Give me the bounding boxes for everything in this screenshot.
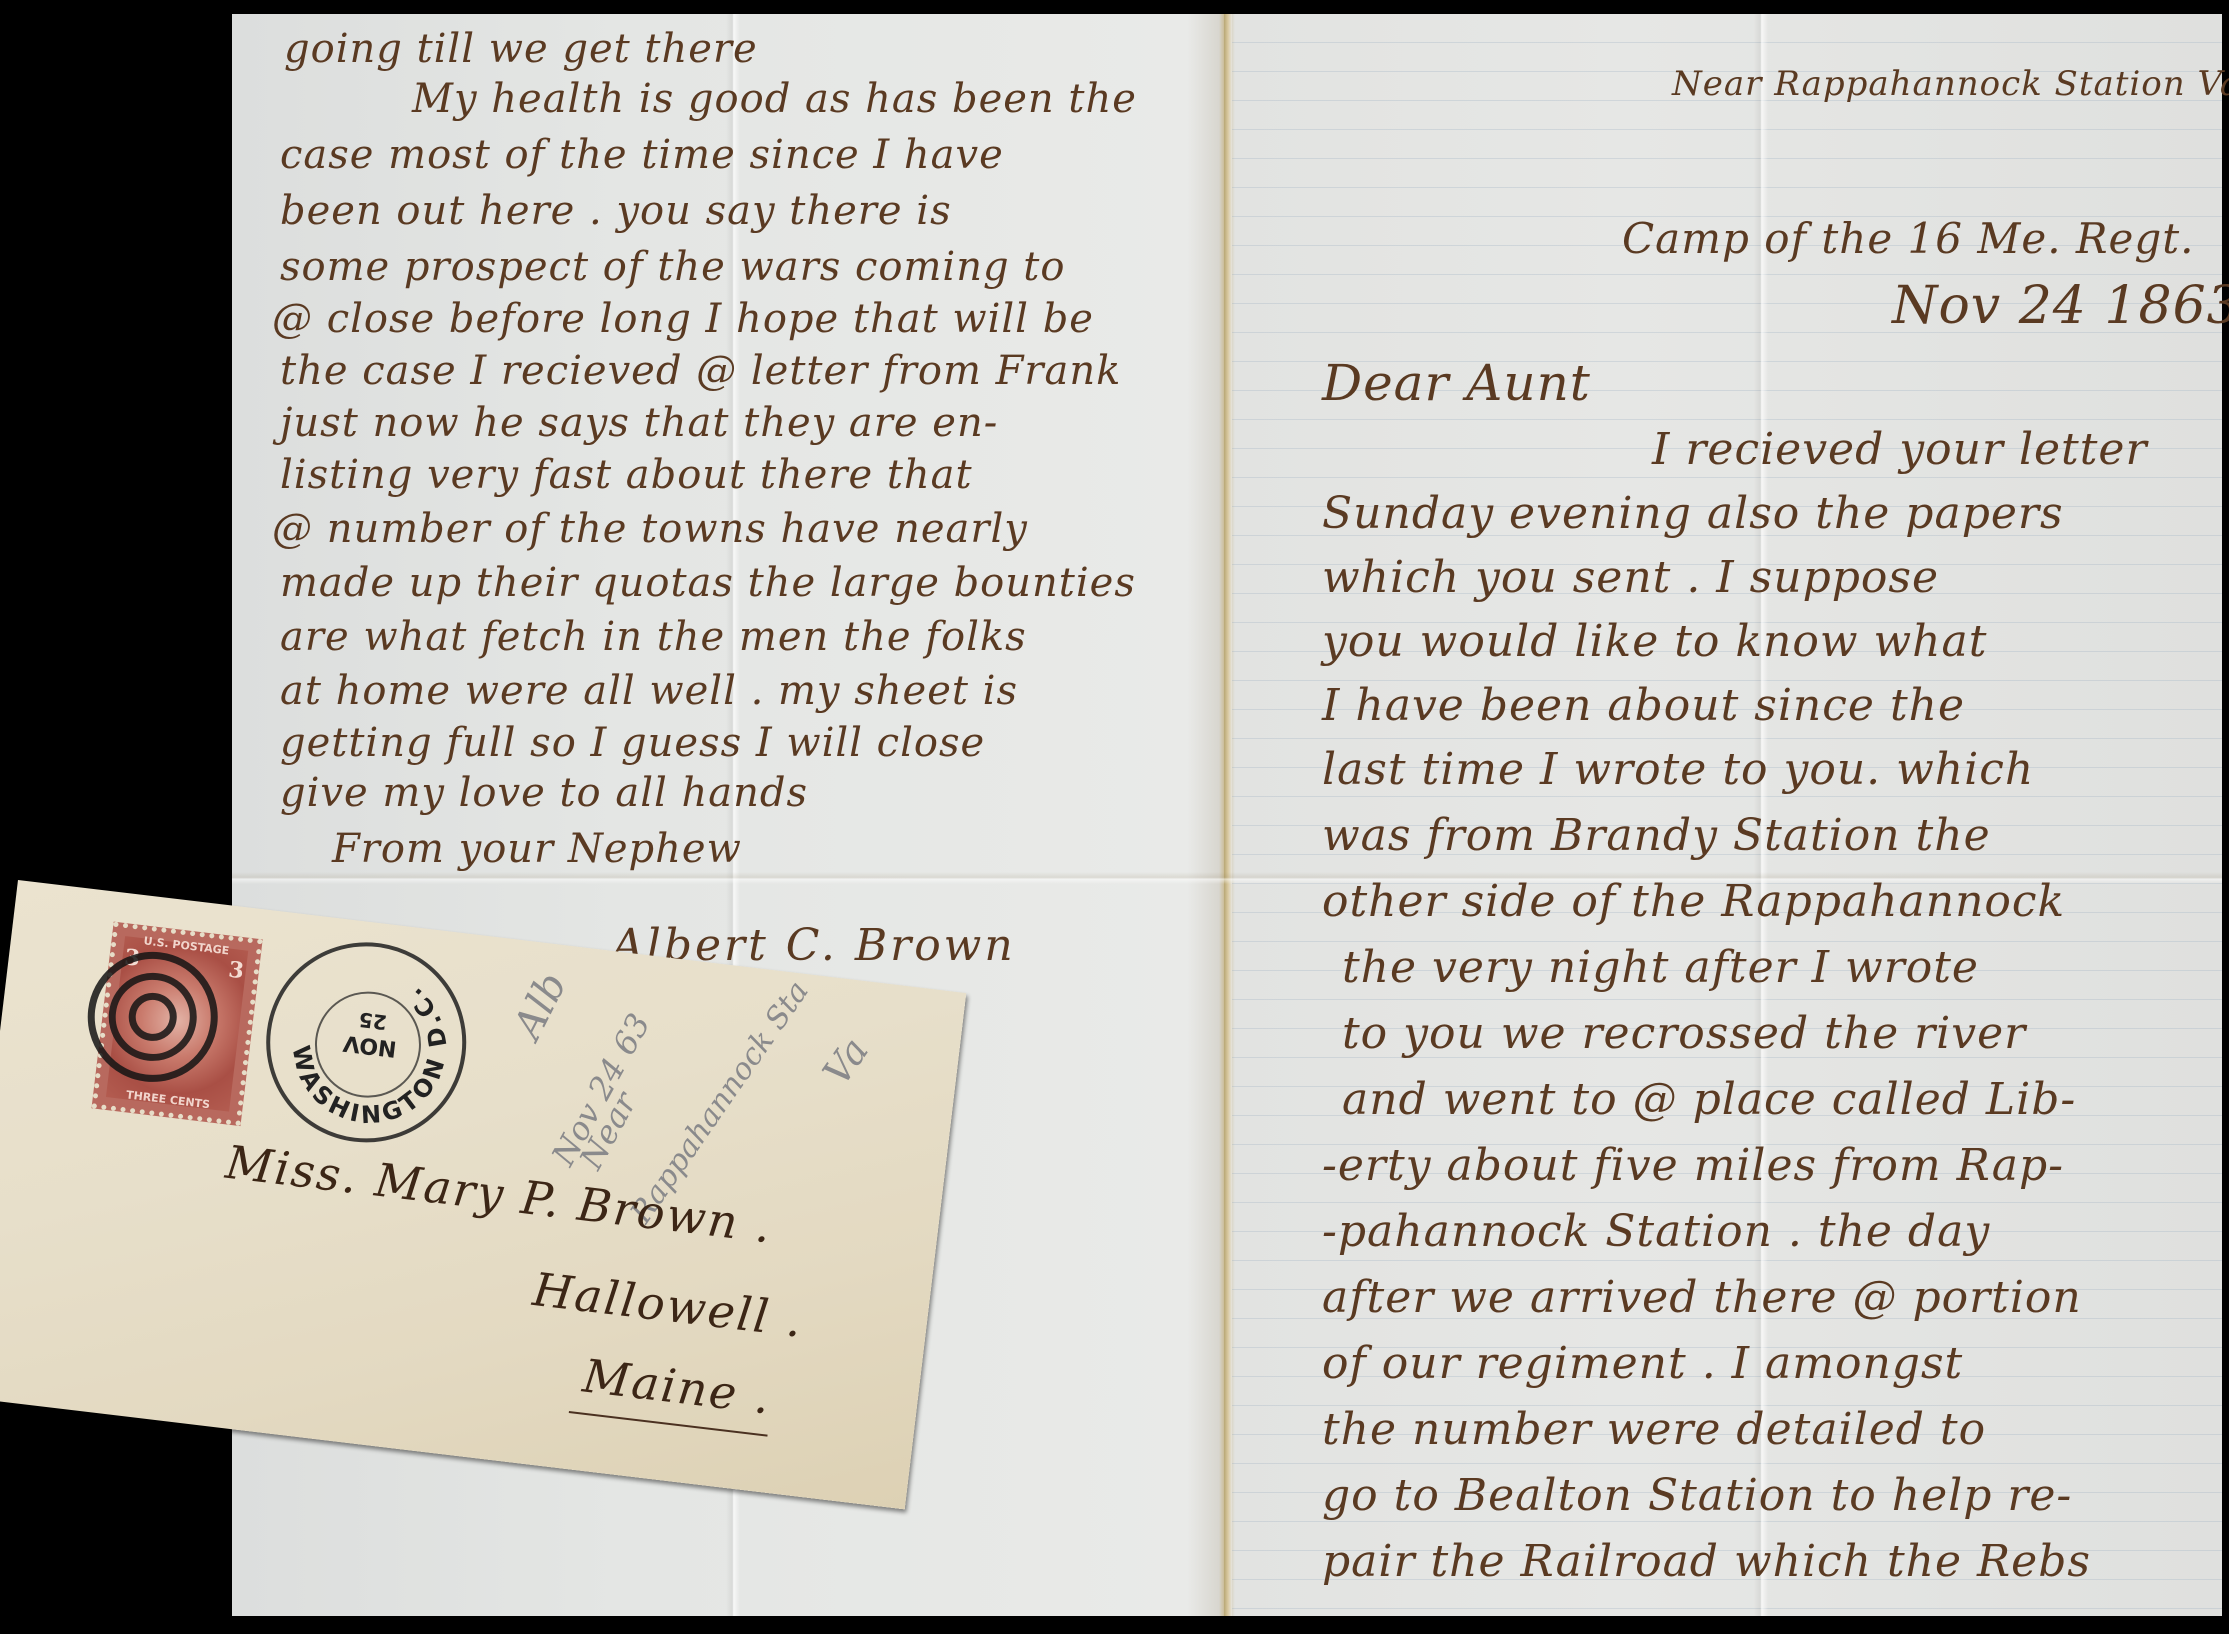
letter-line: just now he says that they are en- [280, 400, 998, 446]
letter-line: @ close before long I hope that will be [272, 296, 1094, 342]
letter-line: which you sent . I suppose [1322, 552, 1939, 603]
address-city: Hallowell . [530, 1262, 806, 1348]
letter-line: the number were detailed to [1322, 1404, 1986, 1455]
letter-line: other side of the Rappahannock [1322, 876, 2065, 927]
letter-line: -pahannock Station . the day [1322, 1206, 1990, 1257]
letter-line: -erty about five miles from Rap- [1322, 1140, 2064, 1191]
pencil-note: Alb [505, 965, 576, 1046]
letter-line: @ number of the towns have nearly [272, 506, 1028, 552]
letter-salutation: Dear Aunt [1322, 354, 1591, 412]
letter-line: case most of the time since I have [280, 132, 1004, 178]
letter-line: was from Brandy Station the [1322, 810, 1991, 861]
letter-right-page: Near Rappahannock Station Va. Camp of th… [1232, 14, 2222, 1616]
letter-place: Near Rappahannock Station Va. [1672, 64, 2229, 104]
letter-line: you would like to know what [1322, 616, 1987, 667]
letter-line: and went to @ place called Lib- [1342, 1074, 2076, 1125]
letter-line: going till we get there [284, 26, 758, 72]
letter-line: Sunday evening also the papers [1322, 488, 2064, 539]
letter-line: listing very fast about there that [280, 452, 973, 498]
letter-line: I recieved your letter [1652, 424, 2148, 475]
letter-line: the very night after I wrote [1342, 942, 1979, 993]
letter-line: My health is good as has been the [412, 76, 1137, 122]
letter-line: I have been about since the [1322, 680, 1965, 731]
pencil-note: Va [814, 1030, 877, 1093]
letter-line: at home were all well . my sheet is [280, 668, 1018, 714]
letter-line: made up their quotas the large bounties [280, 560, 1136, 606]
stamp-denomination: 3 [227, 957, 245, 985]
postmark-date: NOV 25 [329, 1004, 414, 1062]
letter-camp: Camp of the 16 Me. Regt. [1622, 214, 2195, 263]
letter-line: last time I wrote to you. which [1322, 744, 2034, 795]
letter-line: pair the Railroad which the Rebs [1322, 1536, 2091, 1587]
letter-line: of our regiment . I amongst [1322, 1338, 1963, 1389]
letter-line: are what fetch in the men the folks [280, 614, 1027, 660]
letter-line: been out here . you say there is [280, 188, 952, 234]
letter-date: Nov 24 1863 [1892, 276, 2229, 336]
letter-line: the case I recieved @ letter from Frank [280, 348, 1121, 394]
center-fold [1224, 14, 1232, 1616]
letter-line: some prospect of the wars coming to [280, 244, 1065, 290]
letter-line: getting full so I guess I will close [280, 720, 985, 766]
letter-line: go to Bealton Station to help re- [1322, 1470, 2072, 1521]
letter-line: after we arrived there @ portion [1322, 1272, 2082, 1323]
letter-closing: From your Nephew [332, 826, 742, 872]
address-state: Maine . [580, 1349, 774, 1425]
postmark: WASHINGTON D.C. NOV 25 [255, 931, 477, 1153]
letter-line: give my love to all hands [280, 770, 808, 816]
letter-line: to you we recrossed the river [1342, 1008, 2026, 1059]
